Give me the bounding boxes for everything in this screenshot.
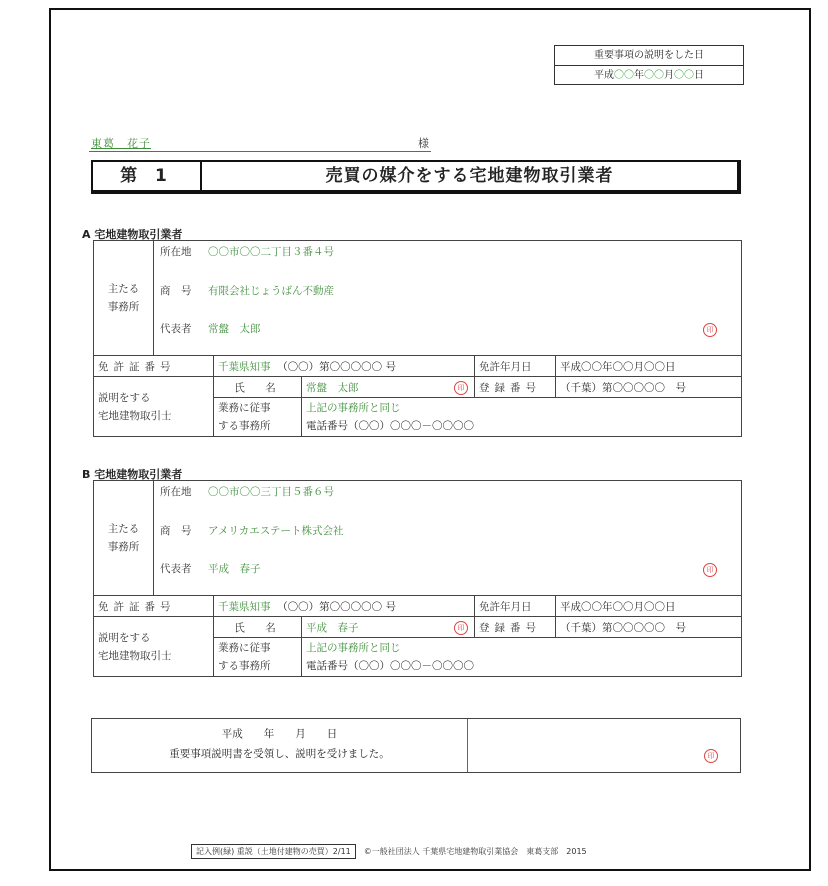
- representative-label: 代表者: [160, 561, 204, 576]
- registration-number-value[interactable]: （千葉）第〇〇〇〇〇 号: [556, 617, 742, 638]
- year-unit: 年: [634, 70, 644, 81]
- license-number-value[interactable]: 千葉県知事 （〇〇）第〇〇〇〇〇 号: [214, 596, 475, 617]
- representative-row: 代表者常盤 太郎: [160, 321, 261, 336]
- address-label: 所在地: [160, 484, 204, 499]
- trade-name-value[interactable]: アメリカエステート株式会社: [208, 525, 344, 537]
- explanation-date-box: 重要事項の説明をした日 平成〇〇年〇〇月〇〇日: [554, 45, 744, 85]
- receipt-text: 重要事項説明書を受領し、説明を受けました。: [92, 744, 467, 764]
- seal-icon: 印: [454, 381, 468, 395]
- address-value[interactable]: 〇〇市〇〇二丁目３番４号: [208, 246, 334, 258]
- license-date-value[interactable]: 平成〇〇年〇〇月〇〇日: [556, 596, 742, 617]
- section-heading: 第 1 売買の媒介をする宅地建物取引業者: [91, 160, 741, 194]
- license-date-value[interactable]: 平成〇〇年〇〇月〇〇日: [556, 356, 742, 377]
- broker-b-table: 主たる 事務所 所在地〇〇市〇〇三丁目５番６号 商 号アメリカエステート株式会社…: [93, 480, 742, 677]
- registration-number-value[interactable]: （千葉）第〇〇〇〇〇 号: [556, 377, 742, 398]
- explanation-date-label: 重要事項の説明をした日: [555, 46, 743, 66]
- recipient-line: 東葛 花子 様: [89, 135, 431, 152]
- agent-name: 常盤 太郎: [306, 382, 359, 394]
- office-value[interactable]: 上記の事務所と同じ 電話番号（〇〇）〇〇〇－〇〇〇〇: [302, 398, 742, 437]
- office-label-l2: する事務所: [218, 420, 271, 432]
- license-number-label: 免許証番号: [94, 356, 214, 377]
- trade-name-row: 商 号アメリカエステート株式会社: [160, 523, 344, 538]
- trade-name-label: 商 号: [160, 283, 204, 298]
- receipt-date-line[interactable]: 平成 年 月 日: [92, 724, 467, 744]
- footer-copyright: ©一般社団法人 千葉県宅地建物取引業協会 東葛支部 2015: [364, 846, 587, 857]
- section-number: 第 1: [93, 162, 202, 190]
- office-text: 上記の事務所と同じ: [306, 402, 401, 414]
- license-number: （〇〇）第〇〇〇〇〇 号: [277, 601, 396, 613]
- address-row: 所在地〇〇市〇〇二丁目３番４号: [160, 244, 334, 259]
- representative-label: 代表者: [160, 321, 204, 336]
- seal-icon: 印: [454, 621, 468, 635]
- recipient-name[interactable]: 東葛 花子: [91, 135, 151, 151]
- main-office-label-l1: 主たる: [108, 523, 140, 535]
- address-row: 所在地〇〇市〇〇三丁目５番６号: [160, 484, 334, 499]
- main-office-label-l2: 事務所: [108, 301, 140, 313]
- office-label-l2: する事務所: [218, 660, 271, 672]
- license-issuer: 千葉県知事: [218, 601, 271, 613]
- receipt-statement: 平成 年 月 日 重要事項説明書を受領し、説明を受けました。: [92, 719, 468, 772]
- office-value[interactable]: 上記の事務所と同じ 電話番号（〇〇）〇〇〇－〇〇〇〇: [302, 638, 742, 677]
- office-label: 業務に従事 する事務所: [214, 638, 302, 677]
- day-field[interactable]: 〇〇: [674, 70, 694, 81]
- agent-label-l2: 宅地建物取引士: [98, 650, 172, 662]
- era: 平成: [594, 70, 614, 81]
- trade-name-row: 商 号有限会社じょうばん不動産: [160, 283, 334, 298]
- address-value[interactable]: 〇〇市〇〇三丁目５番６号: [208, 486, 334, 498]
- trade-name-value[interactable]: 有限会社じょうばん不動産: [208, 285, 334, 297]
- registration-number-label: 登録番号: [475, 617, 556, 638]
- license-number-value[interactable]: 千葉県知事 （〇〇）第〇〇〇〇〇 号: [214, 356, 475, 377]
- seal-icon: 印: [703, 323, 717, 337]
- registration-number-label: 登録番号: [475, 377, 556, 398]
- license-issuer: 千葉県知事: [218, 361, 271, 373]
- main-office-details: 所在地〇〇市〇〇三丁目５番６号 商 号アメリカエステート株式会社 代表者平成 春…: [154, 481, 742, 596]
- representative-value[interactable]: 常盤 太郎: [208, 323, 261, 335]
- phone-text: 電話番号（〇〇）〇〇〇－〇〇〇〇: [306, 420, 474, 432]
- agent-name-value[interactable]: 平成 春子 印: [302, 617, 475, 638]
- main-office-details: 所在地〇〇市〇〇二丁目３番４号 商 号有限会社じょうばん不動産 代表者常盤 太郎…: [154, 241, 742, 356]
- day-unit: 日: [694, 70, 704, 81]
- main-office-label: 主たる 事務所: [94, 481, 154, 596]
- explanation-date-value: 平成〇〇年〇〇月〇〇日: [555, 66, 743, 85]
- year-field[interactable]: 〇〇: [614, 70, 634, 81]
- agent-name: 平成 春子: [306, 622, 359, 634]
- agent-label-l1: 説明をする: [98, 392, 151, 404]
- document-page: 重要事項の説明をした日 平成〇〇年〇〇月〇〇日 東葛 花子 様 第 1 売買の媒…: [49, 8, 811, 871]
- recipient-honorific: 様: [418, 135, 429, 151]
- address-label: 所在地: [160, 244, 204, 259]
- representative-row: 代表者平成 春子: [160, 561, 261, 576]
- agent-label: 説明をする 宅地建物取引士: [94, 617, 214, 677]
- broker-a-table: 主たる 事務所 所在地〇〇市〇〇二丁目３番４号 商 号有限会社じょうばん不動産 …: [93, 240, 742, 437]
- footer: 記入例(緑) 重説（土地付建物の売買）2/11 ©一般社団法人 千葉県宅地建物取…: [191, 844, 587, 859]
- license-date-label: 免許年月日: [475, 596, 556, 617]
- license-date-label: 免許年月日: [475, 356, 556, 377]
- seal-icon: 印: [704, 749, 718, 763]
- office-label-l1: 業務に従事: [218, 642, 271, 654]
- month-unit: 月: [664, 70, 674, 81]
- phone-text: 電話番号（〇〇）〇〇〇－〇〇〇〇: [306, 660, 474, 672]
- receipt-box: 平成 年 月 日 重要事項説明書を受領し、説明を受けました。 印: [91, 718, 741, 773]
- trade-name-label: 商 号: [160, 523, 204, 538]
- representative-value[interactable]: 平成 春子: [208, 563, 261, 575]
- main-office-label-l2: 事務所: [108, 541, 140, 553]
- agent-name-label: 氏 名: [214, 617, 302, 638]
- agent-name-label: 氏 名: [214, 377, 302, 398]
- main-office-label: 主たる 事務所: [94, 241, 154, 356]
- receipt-signature-area[interactable]: 印: [468, 719, 740, 772]
- office-label-l1: 業務に従事: [218, 402, 271, 414]
- agent-label-l2: 宅地建物取引士: [98, 410, 172, 422]
- agent-label: 説明をする 宅地建物取引士: [94, 377, 214, 437]
- agent-name-value[interactable]: 常盤 太郎 印: [302, 377, 475, 398]
- month-field[interactable]: 〇〇: [644, 70, 664, 81]
- office-label: 業務に従事 する事務所: [214, 398, 302, 437]
- section-title: 売買の媒介をする宅地建物取引業者: [202, 162, 737, 190]
- agent-label-l1: 説明をする: [98, 632, 151, 644]
- footer-tag: 記入例(緑) 重説（土地付建物の売買）2/11: [191, 844, 356, 859]
- office-text: 上記の事務所と同じ: [306, 642, 401, 654]
- main-office-label-l1: 主たる: [108, 283, 140, 295]
- license-number-label: 免許証番号: [94, 596, 214, 617]
- license-number: （〇〇）第〇〇〇〇〇 号: [277, 361, 396, 373]
- seal-icon: 印: [703, 563, 717, 577]
